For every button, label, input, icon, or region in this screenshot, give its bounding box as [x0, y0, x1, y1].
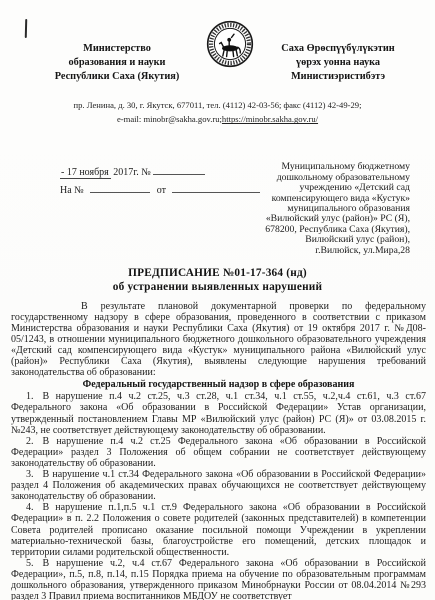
incoming-date-blank: [172, 183, 260, 193]
org-ru-line: Министерство: [38, 42, 196, 56]
title-line-1: ПРЕДПИСАНИЕ №01-17-364 (нд): [0, 267, 435, 281]
date-value: - 17 ноября: [60, 167, 111, 179]
violation-item: 3.В нарушение ч.1 ст.34 Федерального зак…: [11, 469, 426, 502]
document-page: Министерство образования и науки Республ…: [0, 0, 435, 600]
item-number: 3.: [26, 469, 34, 480]
recipient-address: Муниципальному бюджетному дошкольному об…: [265, 162, 410, 256]
org-ru-line: Республики Саха (Якутия): [38, 70, 196, 84]
org-name-sakha: Саха Өрөспүүбүлүкэтин үөрэх уонна наука …: [259, 42, 417, 83]
horse-rider-seal-icon: [206, 20, 254, 68]
date-number-line: - 17 ноября 2017г. №: [60, 164, 260, 182]
reference-and-recipient: - 17 ноября 2017г. № На № от Муниципальн…: [60, 162, 410, 256]
org-sakha-line: Министиэристибэтэ: [259, 70, 417, 84]
item-number: 4.: [26, 502, 34, 513]
title-line-2: об устранении выявленных нарушений: [0, 281, 435, 295]
document-title: ПРЕДПИСАНИЕ №01-17-364 (нд) об устранени…: [0, 267, 435, 295]
item-number: 1.: [26, 391, 34, 402]
email-line: e-mail: minobr@sakha.gov.ru;https://mino…: [0, 112, 435, 126]
item-text: В нарушение п.4 ч.2 ст.25, ч.3 ст.28, ч.…: [11, 391, 426, 435]
item-number: 2.: [26, 436, 34, 447]
from-label: от: [154, 185, 168, 196]
document-body: В результате плановой документарной пров…: [11, 301, 426, 600]
incoming-number-blank: [90, 183, 150, 193]
intro-paragraph: В результате плановой документарной пров…: [11, 301, 426, 379]
ministry-seal: [206, 20, 254, 68]
contact-block: пр. Ленина, д. 30, г. Якутск, 677011, те…: [0, 98, 435, 126]
violation-item: 2.В нарушение п.4 ч.2 ст.25 Федерального…: [11, 436, 426, 469]
letterhead: Министерство образования и науки Республ…: [0, 0, 435, 83]
website-link[interactable]: https://minobr.sakha.gov.ru/: [222, 114, 318, 124]
org-sakha-line: үөрэх уонна наука: [259, 56, 417, 70]
org-ru-line: образования и науки: [38, 56, 196, 70]
reference-block: - 17 ноября 2017г. № На № от: [60, 164, 260, 199]
item-text: В нарушение п.4 ч.2 ст.25 Федерального з…: [11, 436, 426, 469]
email-text: e-mail: minobr@sakha.gov.ru;: [117, 114, 222, 124]
incoming-ref-line: На № от: [60, 182, 260, 200]
number-blank: [153, 165, 205, 175]
year-number-label: 2017г. №: [111, 167, 154, 178]
violation-item: 1.В нарушение п.4 ч.2 ст.25, ч.3 ст.28, …: [11, 391, 426, 435]
section-heading: Федеральный государственный надзор в сфе…: [11, 379, 426, 390]
org-sakha-line: Саха Өрөспүүбүлүкэтин: [259, 42, 417, 56]
address-phone-line: пр. Ленина, д. 30, г. Якутск, 677011, те…: [0, 98, 435, 112]
item-text: В нарушение ч.2, ч.4 ст.67 Федерального …: [11, 558, 426, 600]
violation-item: 5.В нарушение ч.2, ч.4 ст.67 Федеральног…: [11, 558, 426, 600]
recipient-line: г.Вилюйск, ул.Мира,28: [265, 246, 410, 256]
on-number-label: На №: [60, 185, 86, 196]
item-text: В нарушение ч.1 ст.34 Федерального закон…: [11, 469, 426, 502]
item-number: 5.: [26, 558, 34, 569]
violation-item: 4.В нарушение п.1,п.5 ч.1 ст.9 Федеральн…: [11, 502, 426, 557]
item-text: В нарушение п.1,п.5 ч.1 ст.9 Федеральног…: [11, 502, 426, 557]
org-name-russian: Министерство образования и науки Республ…: [38, 42, 196, 83]
